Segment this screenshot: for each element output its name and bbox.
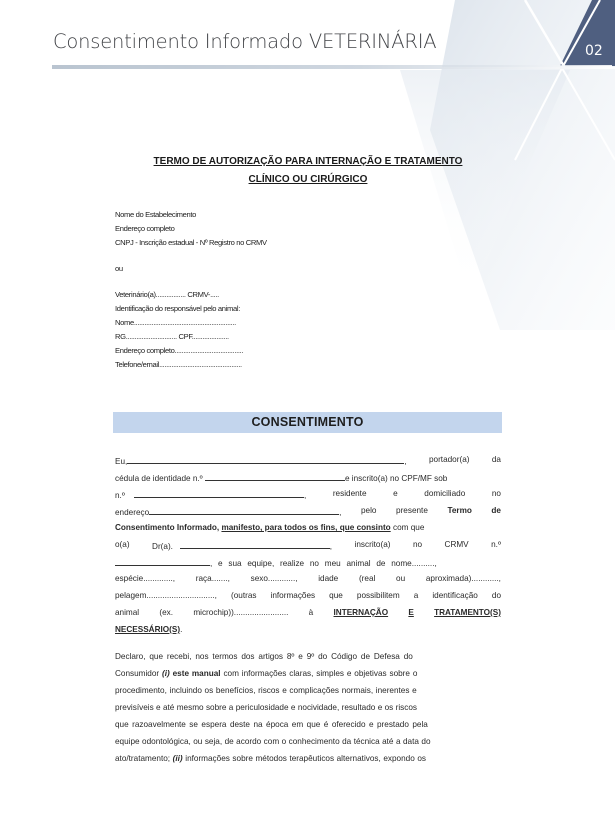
text: presente <box>396 506 428 517</box>
establishment-name: Nome do Estabelecimento <box>115 210 196 219</box>
text: e inscrito(a) no CPF/MF sob <box>345 474 447 483</box>
text: (real <box>359 574 375 583</box>
blank-field-crmv <box>115 557 210 566</box>
consent-line: o(a) Dr(a). , inscrito(a) no CRMV n.º <box>115 540 501 551</box>
text: Eu, <box>115 457 127 466</box>
text: idade <box>318 574 338 583</box>
declaration-line: procedimento, incluindo os benefícios, r… <box>115 686 501 695</box>
consent-line: , e sua equipe, realize no meu animal de… <box>115 557 501 568</box>
declaration-line: Consumidor (i) este manual com informaçõ… <box>115 669 501 678</box>
text: com que <box>393 523 424 532</box>
text: (ex. <box>159 608 173 617</box>
text: e <box>393 489 398 500</box>
text: endereço <box>115 508 149 517</box>
text: este manual <box>173 669 221 678</box>
text: TRATAMENTO(S) <box>434 608 501 617</box>
text: ato/tratamento; <box>115 754 170 763</box>
text: portador(a) <box>429 455 470 466</box>
text: da <box>492 455 501 466</box>
text: , <box>339 508 341 517</box>
declaration-line: previsíveis e até mesmo sobre a periculo… <box>115 703 501 712</box>
declaration-line: ato/tratamento; (ii) informações sobre m… <box>115 754 501 763</box>
consent-line: NECESSÁRIO(S). <box>115 625 501 634</box>
text: inscrito(a) <box>355 540 391 551</box>
field-veterinarian: Veterinário(a)................. CRMV-...… <box>115 290 219 299</box>
text: Consentimento Informado, <box>115 523 219 532</box>
field-phone-email: Telefone/email..........................… <box>115 360 242 369</box>
consent-line: cédula de identidade n.º e inscrito(a) n… <box>115 472 501 483</box>
blank-field-name <box>127 455 404 464</box>
blank-field-cpf <box>134 489 304 498</box>
text: de <box>491 506 501 517</box>
text: no <box>492 489 501 500</box>
text: (outras <box>231 591 256 600</box>
blank-field-id-number <box>205 472 345 481</box>
blank-field-vet-name <box>180 540 330 549</box>
text: com informações claras, simples e objeti… <box>223 669 417 678</box>
establishment-address: Endereço completo <box>115 224 174 233</box>
consent-line: espécie............., raça......., sexo.… <box>115 574 501 583</box>
text: , <box>404 457 406 466</box>
section-heading-consent: CONSENTIMENTO <box>113 412 502 433</box>
header-rule <box>52 65 612 69</box>
text: n.º <box>491 540 501 551</box>
blank-field-address <box>149 506 339 515</box>
text: Dr(a). <box>152 542 173 551</box>
text: cédula de identidade n.º <box>115 474 203 483</box>
consent-line: n.º , residente e domiciliado no <box>115 489 501 500</box>
text: n.º <box>115 491 125 500</box>
text: espécie............., <box>115 574 175 583</box>
text: o(a) <box>115 540 130 551</box>
declaration-line: Declaro, que recebi, nos termos dos arti… <box>115 652 501 661</box>
or-label: ou <box>115 264 123 273</box>
text: possibilitem <box>357 591 400 600</box>
consent-line: Consentimento Informado, manifesto, para… <box>115 523 501 532</box>
text: animal <box>115 608 139 617</box>
text: INTERNAÇÃO <box>334 608 389 617</box>
text: microchip))........................ <box>193 608 288 617</box>
text: (i) <box>162 669 170 678</box>
text: domiciliado <box>424 489 465 500</box>
text: Consumidor <box>115 669 159 678</box>
field-name: Nome....................................… <box>115 318 236 327</box>
text: informações <box>271 591 316 600</box>
consent-line: Eu,, portador(a) da <box>115 455 501 466</box>
consent-line: pelagem.............................., (… <box>115 591 501 600</box>
text: que <box>329 591 343 600</box>
text: E <box>408 608 413 617</box>
page-number: 02 <box>585 43 603 59</box>
text: (ii) <box>173 754 183 763</box>
text: pelo <box>361 506 376 517</box>
text: raça......., <box>196 574 230 583</box>
text: , <box>330 542 332 551</box>
declaration-line: equipe odontológica, ou seja, de acordo … <box>115 737 501 746</box>
declaration-line: que razoavelmente se espera deste na épo… <box>115 720 501 729</box>
field-rg-cpf: RG............................. CPF.....… <box>115 332 229 341</box>
document-title-line-2: CLÍNICO OU CIRÚRGICO <box>113 171 503 189</box>
text: . <box>180 625 182 634</box>
text: , e sua equipe, realize no meu animal de… <box>210 559 437 568</box>
text: Termo <box>447 506 471 517</box>
consent-line: animal (ex. microchip)).................… <box>115 608 501 617</box>
establishment-registry: CNPJ - Inscrição estadual - Nº Registro … <box>115 238 267 247</box>
text: CRMV <box>445 540 469 551</box>
text: informações sobre métodos terapêuticos a… <box>185 754 426 763</box>
document-header-title: Consentimento Informado VETERINÁRIA <box>53 30 436 53</box>
text: no <box>413 540 422 551</box>
document-title: TERMO DE AUTORIZAÇÃO PARA INTERNAÇÃO E T… <box>113 153 503 189</box>
field-owner-identification: Identificação do responsável pelo animal… <box>115 304 240 313</box>
consent-line: endereço, pelo presente Termo de <box>115 506 501 517</box>
text: , <box>304 491 306 500</box>
text: manifesto, para todos os fins, que consi… <box>221 523 390 532</box>
text: ou <box>396 574 405 583</box>
text: sexo............, <box>251 574 298 583</box>
text: residente <box>333 489 367 500</box>
text: aproximada)............, <box>426 574 501 583</box>
text: do <box>492 591 501 600</box>
text: NECESSÁRIO(S) <box>115 625 180 634</box>
text: à <box>309 608 314 617</box>
text: pelagem.............................., <box>115 591 217 600</box>
document-title-line-1: TERMO DE AUTORIZAÇÃO PARA INTERNAÇÃO E T… <box>113 153 503 171</box>
text: a <box>414 591 419 600</box>
text: identificação <box>432 591 478 600</box>
field-address: Endereço completo.......................… <box>115 346 243 355</box>
